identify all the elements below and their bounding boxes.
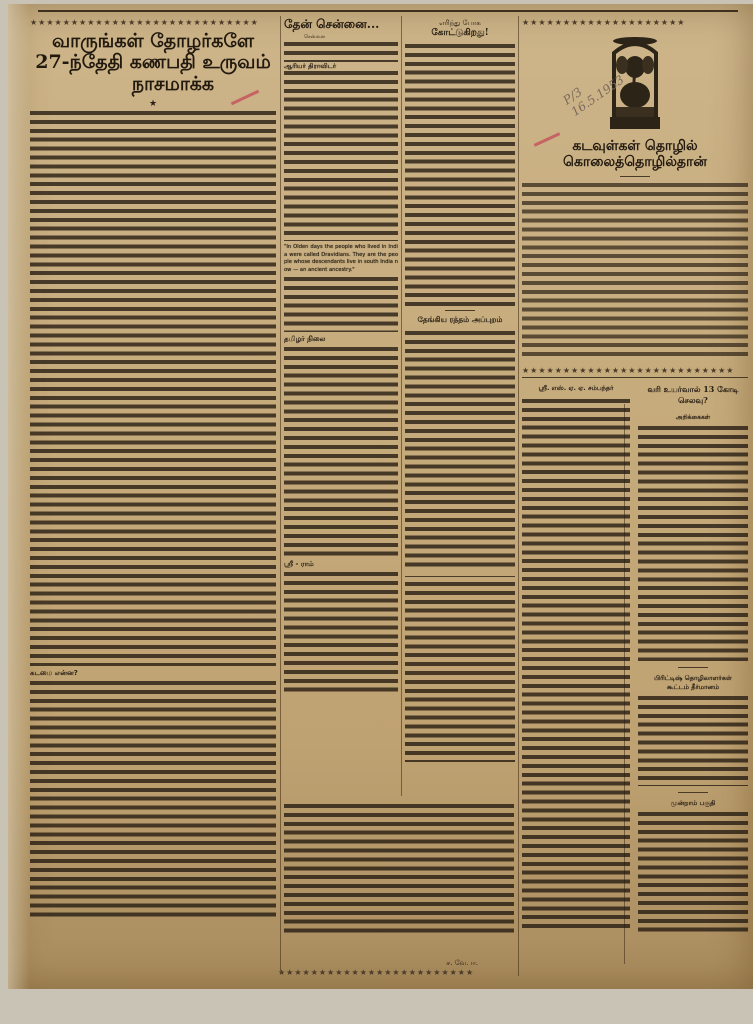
headline: தேன் சென்னை...	[284, 18, 398, 31]
article-body	[30, 111, 276, 666]
subhead: ஸ்ரீ - ராம்	[284, 560, 398, 569]
subhead: ஆரியர் திராவிடர்	[284, 62, 398, 71]
star-ornament-row: ★★★★★★★★★★★★★★★★★★★★★★★★★★	[522, 366, 748, 375]
divider	[445, 310, 475, 311]
article-body	[284, 42, 398, 62]
subhead: அறிக்கைகள்	[638, 414, 748, 422]
divider	[522, 377, 748, 378]
page-mark: ச. வே. ஈ.	[278, 959, 518, 968]
article-body	[405, 331, 515, 571]
subhead: ஸ்ரீ. எஸ். ஏ. ஏ. சம்பந்தர்	[522, 384, 630, 393]
byline: சென்னை	[304, 34, 398, 40]
article-ganapathi: ★★★★★★★★★★★★★★★★★★★★★★★★★★★★ வாருங்கள் த…	[30, 18, 276, 921]
headline: வாருங்கள் தோழர்களே 27-ந்தேதி கணபதி உருவம…	[30, 31, 276, 95]
column-divider	[280, 16, 281, 971]
article-body	[284, 71, 398, 241]
article-body	[522, 183, 748, 358]
article-burning: எரிந்து போக கோட்டுகிறது! தேங்கிய ரத்தம் …	[405, 18, 515, 762]
divider	[678, 792, 708, 793]
article-body-continued	[30, 681, 276, 921]
subhead: பிரிட்டிஷ் தொழிலாளர்கள் கூட்டம் தீர்மானம…	[638, 674, 748, 692]
footer: ச. வே. ஈ. ★★★★★★★★★★★★★★★★★★★★★★★★	[278, 959, 518, 977]
article-body	[405, 44, 515, 306]
star-ornament-row: ★★★★★★★★★★★★★★★★★★★★★★★★★★★★	[30, 18, 276, 27]
headline: எரிந்து போக கோட்டுகிறது!	[405, 20, 515, 38]
article-gods: ★★★★★★★★★★★★★★★★★★★★ கடவுள்கள் தொழில் கொ…	[522, 18, 748, 932]
top-rule	[38, 10, 738, 12]
divider	[678, 667, 708, 668]
star-ornament-row: ★★★★★★★★★★★★★★★★★★★★★★★★	[278, 968, 518, 977]
article-body	[638, 426, 748, 661]
article-chennai: தேன் சென்னை... சென்னை ஆரியர் திராவிடர் "…	[284, 18, 398, 692]
column-divider	[401, 16, 402, 796]
divider	[405, 576, 515, 577]
divider	[620, 176, 650, 177]
subhead: தமிழர் நிலை	[284, 335, 398, 344]
article-body	[522, 399, 630, 929]
article-body	[638, 812, 748, 932]
newspaper-page: ★★★★★★★★★★★★★★★★★★★★★★★★★★★★ வாருங்கள் த…	[8, 4, 753, 989]
english-quote: "In Olden days the people who lived in I…	[284, 244, 398, 274]
column-divider	[518, 16, 519, 976]
article-body	[284, 277, 398, 332]
headline: கடவுள்கள் தொழில் கொலைத்தொழில்தான்	[522, 139, 748, 170]
article-body	[405, 582, 515, 762]
subhead: தேங்கிய ரத்தம் அப்புறம்	[405, 315, 515, 325]
star-ornament-row: ★★★★★★★★★★★★★★★★★★★★	[522, 18, 748, 27]
article-body	[638, 696, 748, 786]
subhead: கடமை என்ன?	[30, 669, 276, 678]
article-body-bottom	[284, 804, 514, 934]
article-body	[284, 572, 398, 692]
article-body	[284, 347, 398, 557]
subhead: மூன்றாம் பகுதி	[638, 799, 748, 808]
subhead: வரி உயர்வால் 13 கோடி செலவு?	[638, 384, 748, 406]
